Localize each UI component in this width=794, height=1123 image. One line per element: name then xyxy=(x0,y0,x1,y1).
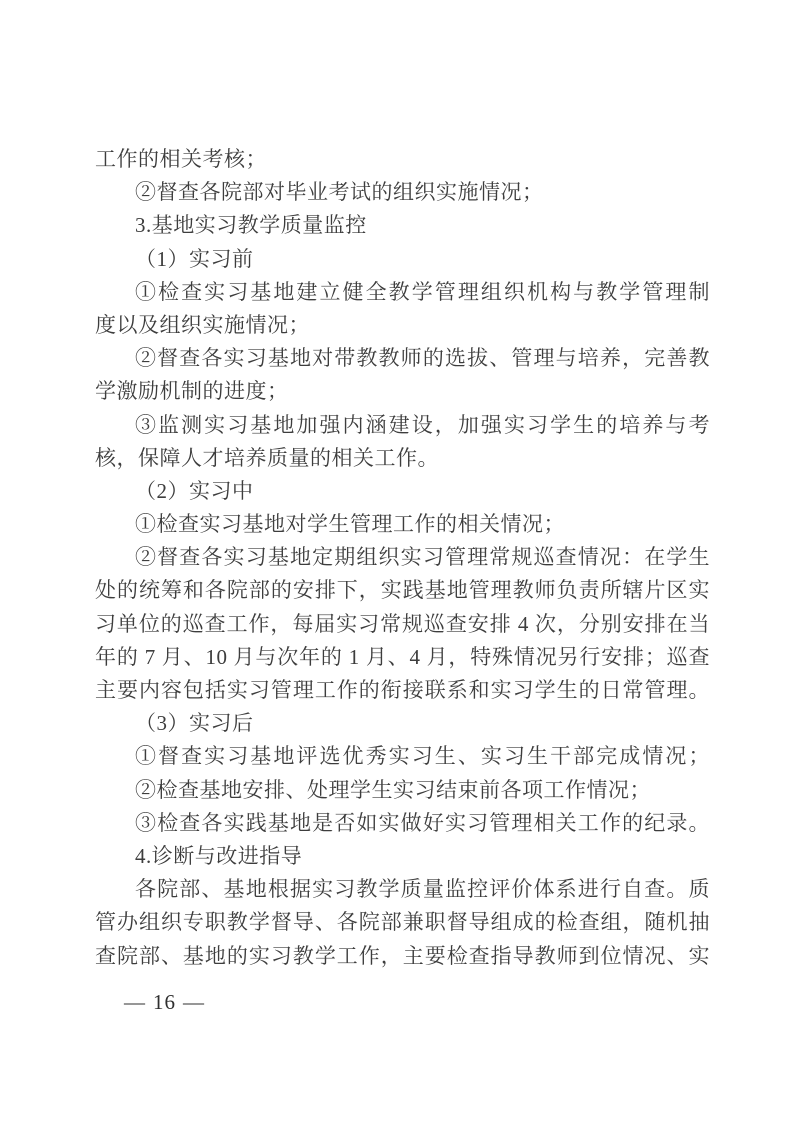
text-line: ②检查基地安排、处理学生实习结束前各项工作情况； xyxy=(95,774,710,807)
text-line: 核，保障人才培养质量的相关工作。 xyxy=(95,442,710,475)
text-line: ②督查各院部对毕业考试的组织实施情况； xyxy=(95,176,710,209)
text-line: ①检查实习基地建立健全教学管理组织机构与教学管理制 xyxy=(95,276,710,309)
page-number: 16 xyxy=(146,990,183,1014)
text-line: 处的统筹和各院部的安排下，实践基地管理教师负责所辖片区实 xyxy=(95,574,710,607)
text-line: ②督查各实习基地定期组织实习管理常规巡查情况：在学生 xyxy=(95,541,710,574)
text-line: （1）实习前 xyxy=(95,243,710,276)
text-line: ②督查各实习基地对带教教师的选拔、管理与培养，完善教 xyxy=(95,342,710,375)
text-line: 3.基地实习教学质量监控 xyxy=(95,209,710,242)
document-body: 工作的相关考核； ②督查各院部对毕业考试的组织实施情况； 3.基地实习教学质量监… xyxy=(95,143,710,973)
text-line: 各院部、基地根据实习教学质量监控评价体系进行自查。质 xyxy=(95,873,710,906)
text-line: 学激励机制的进度； xyxy=(95,375,710,408)
text-line: 查院部、基地的实习教学工作，主要检查指导教师到位情况、实 xyxy=(95,940,710,973)
document-page: 工作的相关考核； ②督查各院部对毕业考试的组织实施情况； 3.基地实习教学质量监… xyxy=(0,0,794,1123)
text-line: 习单位的巡查工作，每届实习常规巡查安排 4 次，分别安排在当 xyxy=(95,608,710,641)
text-line: 4.诊断与改进指导 xyxy=(95,840,710,873)
page-footer: —16— xyxy=(124,990,205,1015)
text-line: （3）实习后 xyxy=(95,707,710,740)
text-line: ①检查实习基地对学生管理工作的相关情况； xyxy=(95,508,710,541)
text-line: 主要内容包括实习管理工作的衔接联系和实习学生的日常管理。 xyxy=(95,674,710,707)
text-line: ①督查实习基地评选优秀实习生、实习生干部完成情况； xyxy=(95,740,710,773)
text-line: 管办组织专职教学督导、各院部兼职督导组成的检查组，随机抽 xyxy=(95,906,710,939)
text-line: 年的 7 月、10 月与次年的 1 月、4 月，特殊情况另行安排；巡查 xyxy=(95,641,710,674)
text-line: ③检查各实践基地是否如实做好实习管理相关工作的纪录。 xyxy=(95,807,710,840)
text-line: （2）实习中 xyxy=(95,475,710,508)
text-line: 度以及组织实施情况； xyxy=(95,309,710,342)
text-line: ③监测实习基地加强内涵建设，加强实习学生的培养与考 xyxy=(95,409,710,442)
footer-dash-left: — xyxy=(124,990,146,1014)
text-line: 工作的相关考核； xyxy=(95,143,710,176)
footer-dash-right: — xyxy=(183,990,205,1014)
